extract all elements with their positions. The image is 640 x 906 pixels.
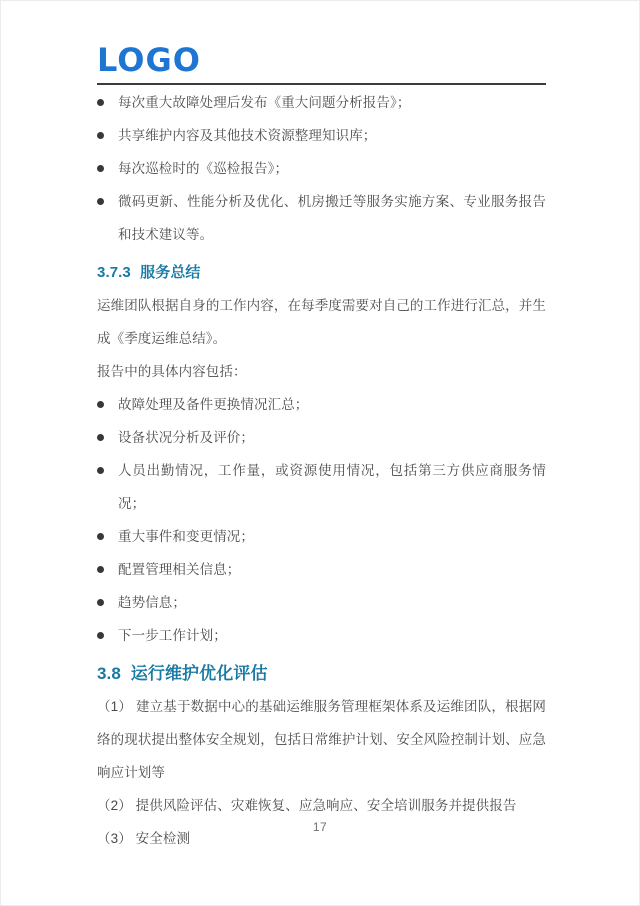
- bullet-item: 重大事件和变更情况；: [97, 520, 546, 553]
- bullet-icon: [97, 599, 104, 606]
- bullet-icon: [97, 198, 104, 205]
- bullet-icon: [97, 467, 104, 474]
- paragraph: （2） 提供风险评估、灾难恢复、应急响应、安全培训服务并提供报告: [97, 789, 546, 822]
- bullet-item: 每次重大故障处理后发布《重大问题分析报告》；: [97, 86, 546, 119]
- bullet-item: 微码更新、性能分析及优化、机房搬迁等服务实施方案、专业服务报告和技术建议等。: [97, 185, 546, 251]
- bullet-item: 故障处理及备件更换情况汇总；: [97, 388, 546, 421]
- bullet-icon: [97, 632, 104, 639]
- paragraph: 报告中的具体内容包括：: [97, 355, 546, 388]
- page-content: LOGO 每次重大故障处理后发布《重大问题分析报告》； 共享维护内容及其他技术资…: [97, 44, 546, 855]
- page-number: 17: [0, 820, 640, 834]
- bullet-text: 设备状况分析及评价；: [118, 421, 546, 454]
- section-heading-3-8: 3.8 运行维护优化评估: [97, 657, 546, 690]
- bullet-icon: [97, 99, 104, 106]
- bullet-text: 共享维护内容及其他技术资源整理知识库；: [118, 119, 546, 152]
- bullet-text: 配置管理相关信息；: [118, 553, 546, 586]
- bullet-icon: [97, 401, 104, 408]
- paragraph: （1） 建立基于数据中心的基础运维服务管理框架体系及运维团队，根据网络的现状提出…: [97, 690, 546, 789]
- bullet-icon: [97, 132, 104, 139]
- bullet-item: 共享维护内容及其他技术资源整理知识库；: [97, 119, 546, 152]
- bullet-item: 下一步工作计划；: [97, 619, 546, 652]
- bullet-icon: [97, 566, 104, 573]
- bullet-text: 人员出勤情况，工作量，或资源使用情况，包括第三方供应商服务情况；: [118, 454, 546, 520]
- bullet-item: 趋势信息；: [97, 586, 546, 619]
- bullet-item: 配置管理相关信息；: [97, 553, 546, 586]
- section-heading-3-7-3: 3.7.3 服务总结: [97, 256, 546, 289]
- bullet-item: 人员出勤情况，工作量，或资源使用情况，包括第三方供应商服务情况；: [97, 454, 546, 520]
- bullet-icon: [97, 434, 104, 441]
- header-rule: [97, 83, 546, 85]
- bullet-text: 微码更新、性能分析及优化、机房搬迁等服务实施方案、专业服务报告和技术建议等。: [118, 185, 546, 251]
- bullet-text: 故障处理及备件更换情况汇总；: [118, 388, 546, 421]
- bullet-text: 每次重大故障处理后发布《重大问题分析报告》；: [118, 86, 546, 119]
- document-body: 每次重大故障处理后发布《重大问题分析报告》； 共享维护内容及其他技术资源整理知识…: [97, 86, 546, 855]
- bullet-icon: [97, 165, 104, 172]
- bullet-item: 设备状况分析及评价；: [97, 421, 546, 454]
- bullet-icon: [97, 533, 104, 540]
- company-logo: LOGO: [97, 44, 546, 76]
- document-page: LOGO 每次重大故障处理后发布《重大问题分析报告》； 共享维护内容及其他技术资…: [0, 0, 640, 906]
- bullet-item: 每次巡检时的《巡检报告》；: [97, 152, 546, 185]
- bullet-text: 下一步工作计划；: [118, 619, 546, 652]
- bullet-text: 趋势信息；: [118, 586, 546, 619]
- bullet-text: 重大事件和变更情况；: [118, 520, 546, 553]
- paragraph: 运维团队根据自身的工作内容，在每季度需要对自己的工作进行汇总，并生成《季度运维总…: [97, 289, 546, 355]
- bullet-text: 每次巡检时的《巡检报告》；: [118, 152, 546, 185]
